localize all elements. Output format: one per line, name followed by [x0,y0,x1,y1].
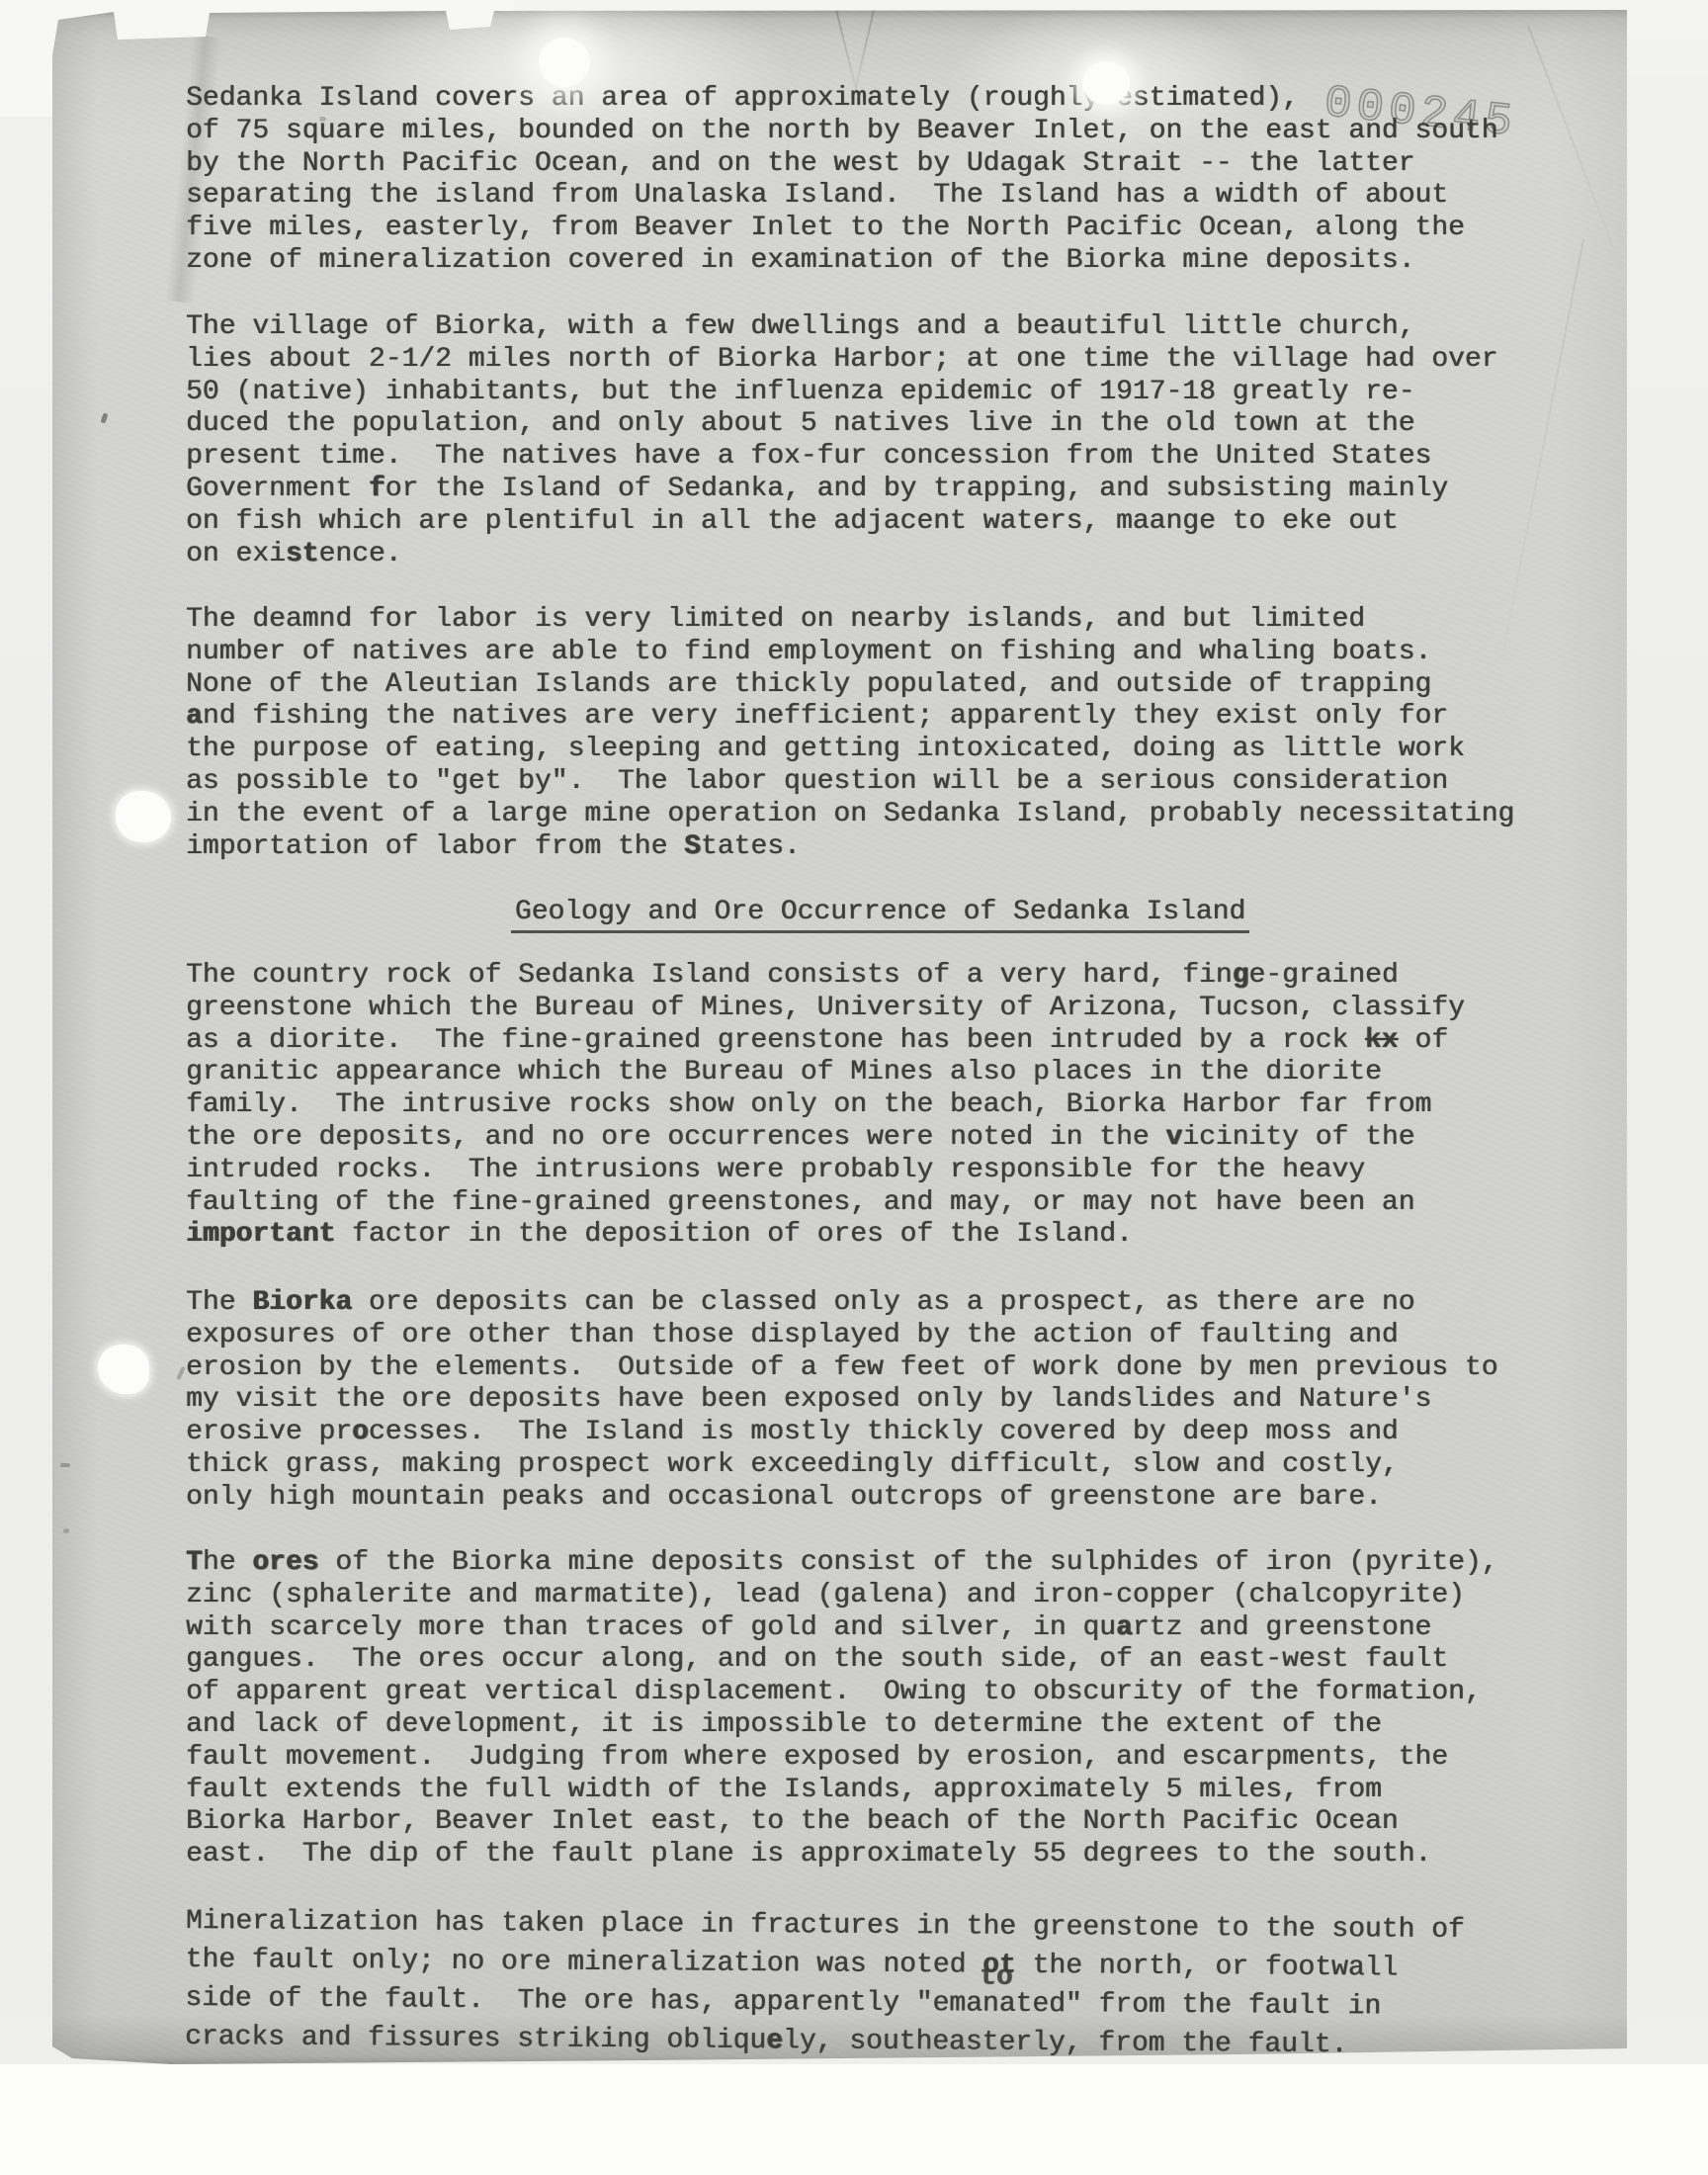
text-line: zone of mineralization covered in examin… [186,245,1545,278]
document-page: 000245 Geology and Ore Occurrence of Sed… [52,10,1627,2066]
text-line: of apparent great vertical displacement.… [186,1677,1545,1709]
text-line: intruded rocks. The intrusions were prob… [186,1155,1545,1187]
text-line: None of the Aleutian Islands are thickly… [186,669,1545,702]
paragraph-2: The village of Biorka, with a few dwelli… [186,311,1545,570]
text-line: importation of labor from the States. [186,831,1545,864]
text-line: family. The intrusive rocks show only on… [186,1089,1545,1122]
text-line: important factor in the deposition of or… [186,1219,1545,1252]
section-heading-text: Geology and Ore Occurrence of Sedanka Is… [511,897,1249,933]
text-line: The Biorka ore deposits can be classed o… [186,1287,1545,1320]
punch-hole [98,1345,149,1394]
ink-speck [63,1528,69,1533]
ink-speck [176,1366,185,1380]
ink-speck [101,412,109,423]
text-line: the ore deposits, and no ore occurrences… [186,1122,1545,1155]
text-line: 50 (native) inhabitants, but the influen… [186,377,1545,409]
text-line: and lack of development, it is impossibl… [186,1709,1545,1742]
text-line: duced the population, and only about 5 n… [186,408,1545,441]
paragraph-6: The ores of the Biorka mine deposits con… [186,1547,1545,1871]
text-line: with scarcely more than traces of gold a… [186,1612,1545,1645]
text-line: The village of Biorka, with a few dwelli… [186,311,1545,344]
text-line: only high mountain peaks and occasional … [186,1482,1545,1515]
text-line: The country rock of Sedanka Island consi… [186,960,1545,993]
text-line: thick grass, making prospect work exceed… [186,1449,1545,1482]
text-line: erosion by the elements. Outside of a fe… [186,1352,1545,1385]
scan-canvas: 000245 Geology and Ore Occurrence of Sed… [0,0,1708,2175]
ink-speck [60,1463,70,1467]
section-heading: Geology and Ore Occurrence of Sedanka Is… [186,897,1545,927]
text-layer: Geology and Ore Occurrence of Sedanka Is… [186,10,1545,2066]
text-line: by the North Pacific Ocean, and on the w… [186,148,1545,181]
text-line: on fish which are plentiful in all the a… [186,506,1545,539]
text-line: and fishing the natives are very ineffic… [186,701,1545,734]
text-line: in the event of a large mine operation o… [186,799,1545,831]
text-line: as a diorite. The fine-grained greenston… [186,1025,1545,1058]
text-line: of 75 square miles, bounded on the north… [186,116,1545,148]
text-line: east. The dip of the fault plane is appr… [186,1839,1545,1871]
scanner-bed-bottom [0,2064,1708,2175]
text-line: fault extends the full width of the Isla… [186,1775,1545,1807]
text-line: number of natives are able to find emplo… [186,637,1545,669]
text-line: as possible to "get by". The labor quest… [186,766,1545,799]
text-line: erosive processes. The Island is mostly … [186,1417,1545,1449]
punch-hole [116,791,171,842]
text-line: cracks and fissures striking obliquely, … [185,2018,1544,2066]
text-line: present time. The natives have a fox-fur… [186,441,1545,474]
text-line: lies about 2-1/2 miles north of Biorka H… [186,344,1545,377]
text-line: Government for the Island of Sedanka, an… [186,474,1545,506]
text-line: fault movement. Judging from where expos… [186,1742,1545,1775]
text-line: granitic appearance which the Bureau of … [186,1057,1545,1089]
text-line: zinc (sphalerite and marmatite), lead (g… [186,1580,1545,1612]
text-line: Sedanka Island covers an area of approxi… [186,83,1545,116]
text-line: my visit the ore deposits have been expo… [186,1384,1545,1417]
text-line: Biorka Harbor, Beaver Inlet east, to the… [186,1806,1545,1839]
paragraph-5: The Biorka ore deposits can be classed o… [186,1287,1545,1515]
text-line: exposures of ore other than those displa… [186,1320,1545,1352]
paragraph-4: The country rock of Sedanka Island consi… [186,960,1545,1252]
paragraph-3: The deamnd for labor is very limited on … [186,604,1545,863]
text-line: the purpose of eating, sleeping and gett… [186,734,1545,766]
text-line: The deamnd for labor is very limited on … [186,604,1545,637]
text-line: gangues. The ores occur along, and on th… [186,1644,1545,1677]
text-line: on existence. [186,539,1545,571]
punch-hole [539,38,590,87]
paragraph-1: Sedanka Island covers an area of approxi… [186,83,1545,278]
paragraph-7: Mineralization has taken place in fractu… [185,1902,1545,2066]
text-line: separating the island from Unalaska Isla… [186,180,1545,213]
text-line: five miles, easterly, from Beaver Inlet … [186,213,1545,245]
text-line: greenstone which the Bureau of Mines, Un… [186,993,1545,1025]
text-line: faulting of the fine-grained greenstones… [186,1187,1545,1220]
text-line: The ores of the Biorka mine deposits con… [186,1547,1545,1580]
punch-hole [1082,61,1130,105]
